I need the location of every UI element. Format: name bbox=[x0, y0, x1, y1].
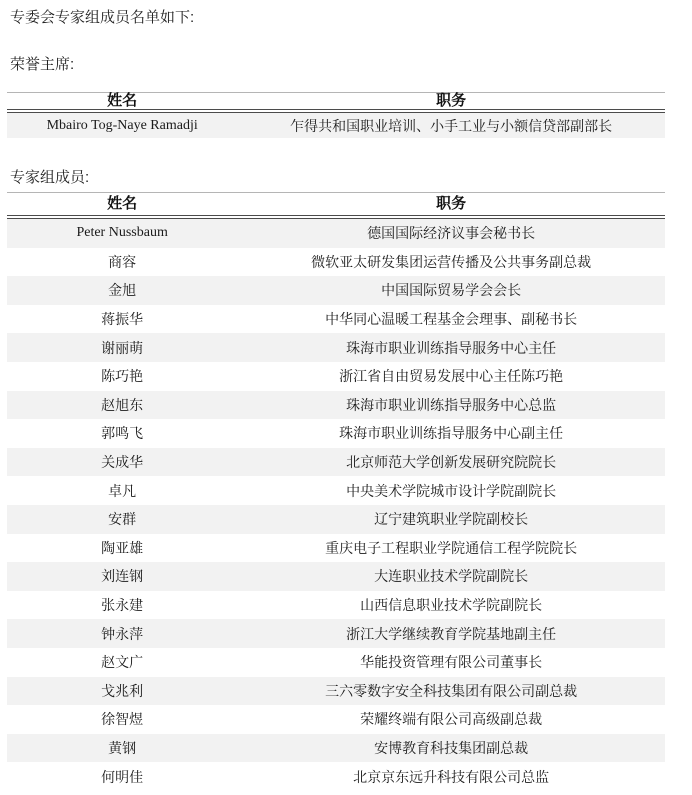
name-cell: 钟永萍 bbox=[7, 619, 237, 648]
title-cell: 乍得共和国职业培训、小手工业与小额信贷部副部长 bbox=[237, 111, 665, 138]
name-cell: 赵旭东 bbox=[7, 391, 237, 420]
title-cell: 大连职业技术学院副院长 bbox=[237, 562, 665, 591]
column-header-title: 职务 bbox=[237, 193, 665, 218]
table-row: 赵文广华能投资管理有限公司董事长 bbox=[7, 648, 665, 677]
title-cell: 山西信息职业技术学院副院长 bbox=[237, 591, 665, 620]
table-row: 陶亚雄重庆电子工程职业学院通信工程学院院长 bbox=[7, 534, 665, 563]
table-row: 刘连钢大连职业技术学院副院长 bbox=[7, 562, 665, 591]
name-cell: 赵文广 bbox=[7, 648, 237, 677]
table-row: 黄钢安博教育科技集团副总裁 bbox=[7, 734, 665, 763]
table-row: 谢丽萌珠海市职业训练指导服务中心主任 bbox=[7, 333, 665, 362]
title-cell: 辽宁建筑职业学院副校长 bbox=[237, 505, 665, 534]
table-row: 陈巧艳浙江省自由贸易发展中心主任陈巧艳 bbox=[7, 362, 665, 391]
title-cell: 浙江省自由贸易发展中心主任陈巧艳 bbox=[237, 362, 665, 391]
title-cell: 浙江大学继续教育学院基地副主任 bbox=[237, 619, 665, 648]
table-row: 蒋振华中华同心温暖工程基金会理事、副秘书长 bbox=[7, 305, 665, 334]
table-row: Peter Nussbaum德国国际经济议事会秘书长 bbox=[7, 217, 665, 248]
table-row: 关成华北京师范大学创新发展研究院院长 bbox=[7, 448, 665, 477]
title-cell: 中国国际贸易学会会长 bbox=[237, 276, 665, 305]
name-cell: 卓凡 bbox=[7, 476, 237, 505]
name-cell: 何明佳 bbox=[7, 762, 237, 791]
title-cell: 德国国际经济议事会秘书长 bbox=[237, 217, 665, 248]
name-cell: 安群 bbox=[7, 505, 237, 534]
column-header-name: 姓名 bbox=[7, 193, 237, 218]
table-row: 戈兆利三六零数字安全科技集团有限公司副总裁 bbox=[7, 677, 665, 706]
title-cell: 微软亚太研发集团运营传播及公共事务副总裁 bbox=[237, 248, 665, 277]
table-row: 赵旭东珠海市职业训练指导服务中心总监 bbox=[7, 391, 665, 420]
table-row: 徐智煜荣耀终端有限公司高级副总裁 bbox=[7, 705, 665, 734]
title-cell: 北京京东远升科技有限公司总监 bbox=[237, 762, 665, 791]
header-row: 姓名 职务 bbox=[7, 193, 665, 218]
title-cell: 珠海市职业训练指导服务中心副主任 bbox=[237, 419, 665, 448]
title-cell: 三六零数字安全科技集团有限公司副总裁 bbox=[237, 677, 665, 706]
table-row: 钟永萍浙江大学继续教育学院基地副主任 bbox=[7, 619, 665, 648]
table-row: 郭鸣飞珠海市职业训练指导服务中心副主任 bbox=[7, 419, 665, 448]
title-cell: 北京师范大学创新发展研究院院长 bbox=[237, 448, 665, 477]
name-cell: 郭鸣飞 bbox=[7, 419, 237, 448]
title-cell: 华能投资管理有限公司董事长 bbox=[237, 648, 665, 677]
section-label-expert-group: 专家组成员: bbox=[0, 138, 692, 188]
table-row: 商容微软亚太研发集团运营传播及公共事务副总裁 bbox=[7, 248, 665, 277]
intro-text: 专委会专家组成员名单如下: bbox=[0, 0, 692, 28]
name-cell: Mbairo Tog-Naye Ramadji bbox=[7, 111, 237, 138]
name-cell: 刘连钢 bbox=[7, 562, 237, 591]
title-cell: 安博教育科技集团副总裁 bbox=[237, 734, 665, 763]
expert-group-table: 姓名 职务 Peter Nussbaum德国国际经济议事会秘书长商容微软亚太研发… bbox=[7, 192, 665, 791]
name-cell: 谢丽萌 bbox=[7, 333, 237, 362]
section-label-honorary-chair: 荣誉主席: bbox=[0, 28, 692, 75]
title-cell: 荣耀终端有限公司高级副总裁 bbox=[237, 705, 665, 734]
table-row: 安群辽宁建筑职业学院副校长 bbox=[7, 505, 665, 534]
table-row: 卓凡中央美术学院城市设计学院副院长 bbox=[7, 476, 665, 505]
name-cell: 陈巧艳 bbox=[7, 362, 237, 391]
table-row: 金旭中国国际贸易学会会长 bbox=[7, 276, 665, 305]
name-cell: 张永建 bbox=[7, 591, 237, 620]
name-cell: 徐智煜 bbox=[7, 705, 237, 734]
name-cell: 陶亚雄 bbox=[7, 534, 237, 563]
document-page: 专委会专家组成员名单如下: 荣誉主席: 姓名 职务 Mbairo Tog-Nay… bbox=[0, 0, 692, 791]
honorary-chair-table: 姓名 职务 Mbairo Tog-Naye Ramadji乍得共和国职业培训、小… bbox=[7, 92, 665, 138]
header-row: 姓名 职务 bbox=[7, 93, 665, 112]
name-cell: 蒋振华 bbox=[7, 305, 237, 334]
table-row: 何明佳北京京东远升科技有限公司总监 bbox=[7, 762, 665, 791]
column-header-name: 姓名 bbox=[7, 93, 237, 112]
title-cell: 中华同心温暖工程基金会理事、副秘书长 bbox=[237, 305, 665, 334]
title-cell: 重庆电子工程职业学院通信工程学院院长 bbox=[237, 534, 665, 563]
name-cell: 黄钢 bbox=[7, 734, 237, 763]
name-cell: 商容 bbox=[7, 248, 237, 277]
name-cell: 戈兆利 bbox=[7, 677, 237, 706]
table-row: 张永建山西信息职业技术学院副院长 bbox=[7, 591, 665, 620]
title-cell: 珠海市职业训练指导服务中心总监 bbox=[237, 391, 665, 420]
title-cell: 珠海市职业训练指导服务中心主任 bbox=[237, 333, 665, 362]
name-cell: Peter Nussbaum bbox=[7, 217, 237, 248]
name-cell: 关成华 bbox=[7, 448, 237, 477]
table-row: Mbairo Tog-Naye Ramadji乍得共和国职业培训、小手工业与小额… bbox=[7, 111, 665, 138]
column-header-title: 职务 bbox=[237, 93, 665, 112]
title-cell: 中央美术学院城市设计学院副院长 bbox=[237, 476, 665, 505]
name-cell: 金旭 bbox=[7, 276, 237, 305]
